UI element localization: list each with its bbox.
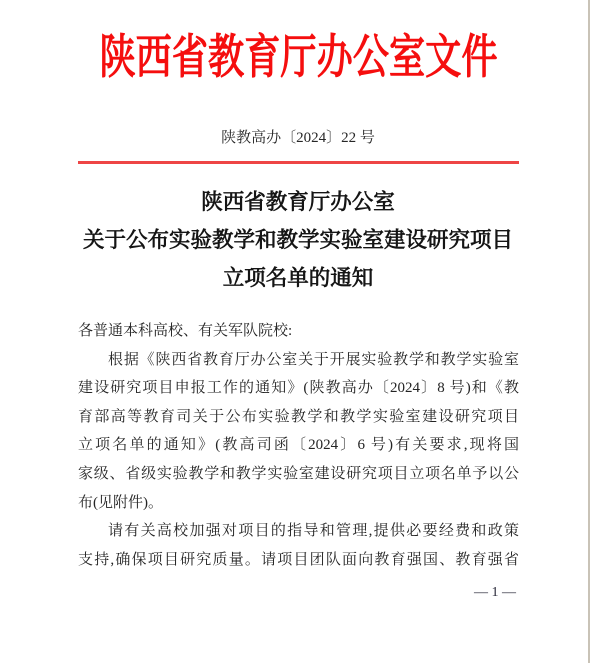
body-line: 布(见附件)。 bbox=[78, 489, 519, 518]
document-body: 各普通本科高校、有关军队院校: 根据《陕西省教育厅办公室关于开展实验教学和教学实… bbox=[78, 317, 519, 574]
body-line: 家级、省级实验教学和教学实验室建设研究项目立项名单予以公 bbox=[78, 460, 519, 489]
letterhead: 陕西省教育厅办公室文件 bbox=[0, 30, 596, 97]
document-title-line-1: 陕西省教育厅办公室 bbox=[0, 183, 596, 221]
page-edge-line bbox=[588, 0, 590, 663]
salutation-line: 各普通本科高校、有关军队院校: bbox=[78, 317, 519, 346]
body-line: 根据《陕西省教育厅办公室关于开展实验教学和教学实验室 bbox=[78, 346, 519, 375]
document-page: 陕西省教育厅办公室文件 陕教高办〔2024〕22 号 陕西省教育厅办公室 关于公… bbox=[0, 0, 596, 663]
body-line: 请有关高校加强对项目的指导和管理,提供必要经费和政策 bbox=[78, 517, 519, 546]
document-title-line-3: 立项名单的通知 bbox=[0, 259, 596, 297]
letterhead-agency-title: 陕西省教育厅办公室文件 bbox=[99, 30, 497, 86]
body-line: 育部高等教育司关于公布实验教学和教学实验室建设研究项目 bbox=[78, 403, 519, 432]
page-number: — 1 — bbox=[430, 583, 560, 603]
document-title-line-2: 关于公布实验教学和教学实验室建设研究项目 bbox=[0, 221, 596, 259]
document-title: 陕西省教育厅办公室 关于公布实验教学和教学实验室建设研究项目 立项名单的通知 bbox=[0, 183, 596, 297]
body-line: 立项名单的通知》(教高司函〔2024〕6 号)有关要求,现将国 bbox=[78, 431, 519, 460]
body-line: 支持,确保项目研究质量。请项目团队面向教育强国、教育强省 bbox=[78, 546, 519, 575]
body-line: 建设研究项目申报工作的通知》(陕教高办〔2024〕8 号)和《教 bbox=[78, 374, 519, 403]
red-divider-line bbox=[78, 161, 519, 164]
document-number: 陕教高办〔2024〕22 号 bbox=[0, 127, 596, 149]
